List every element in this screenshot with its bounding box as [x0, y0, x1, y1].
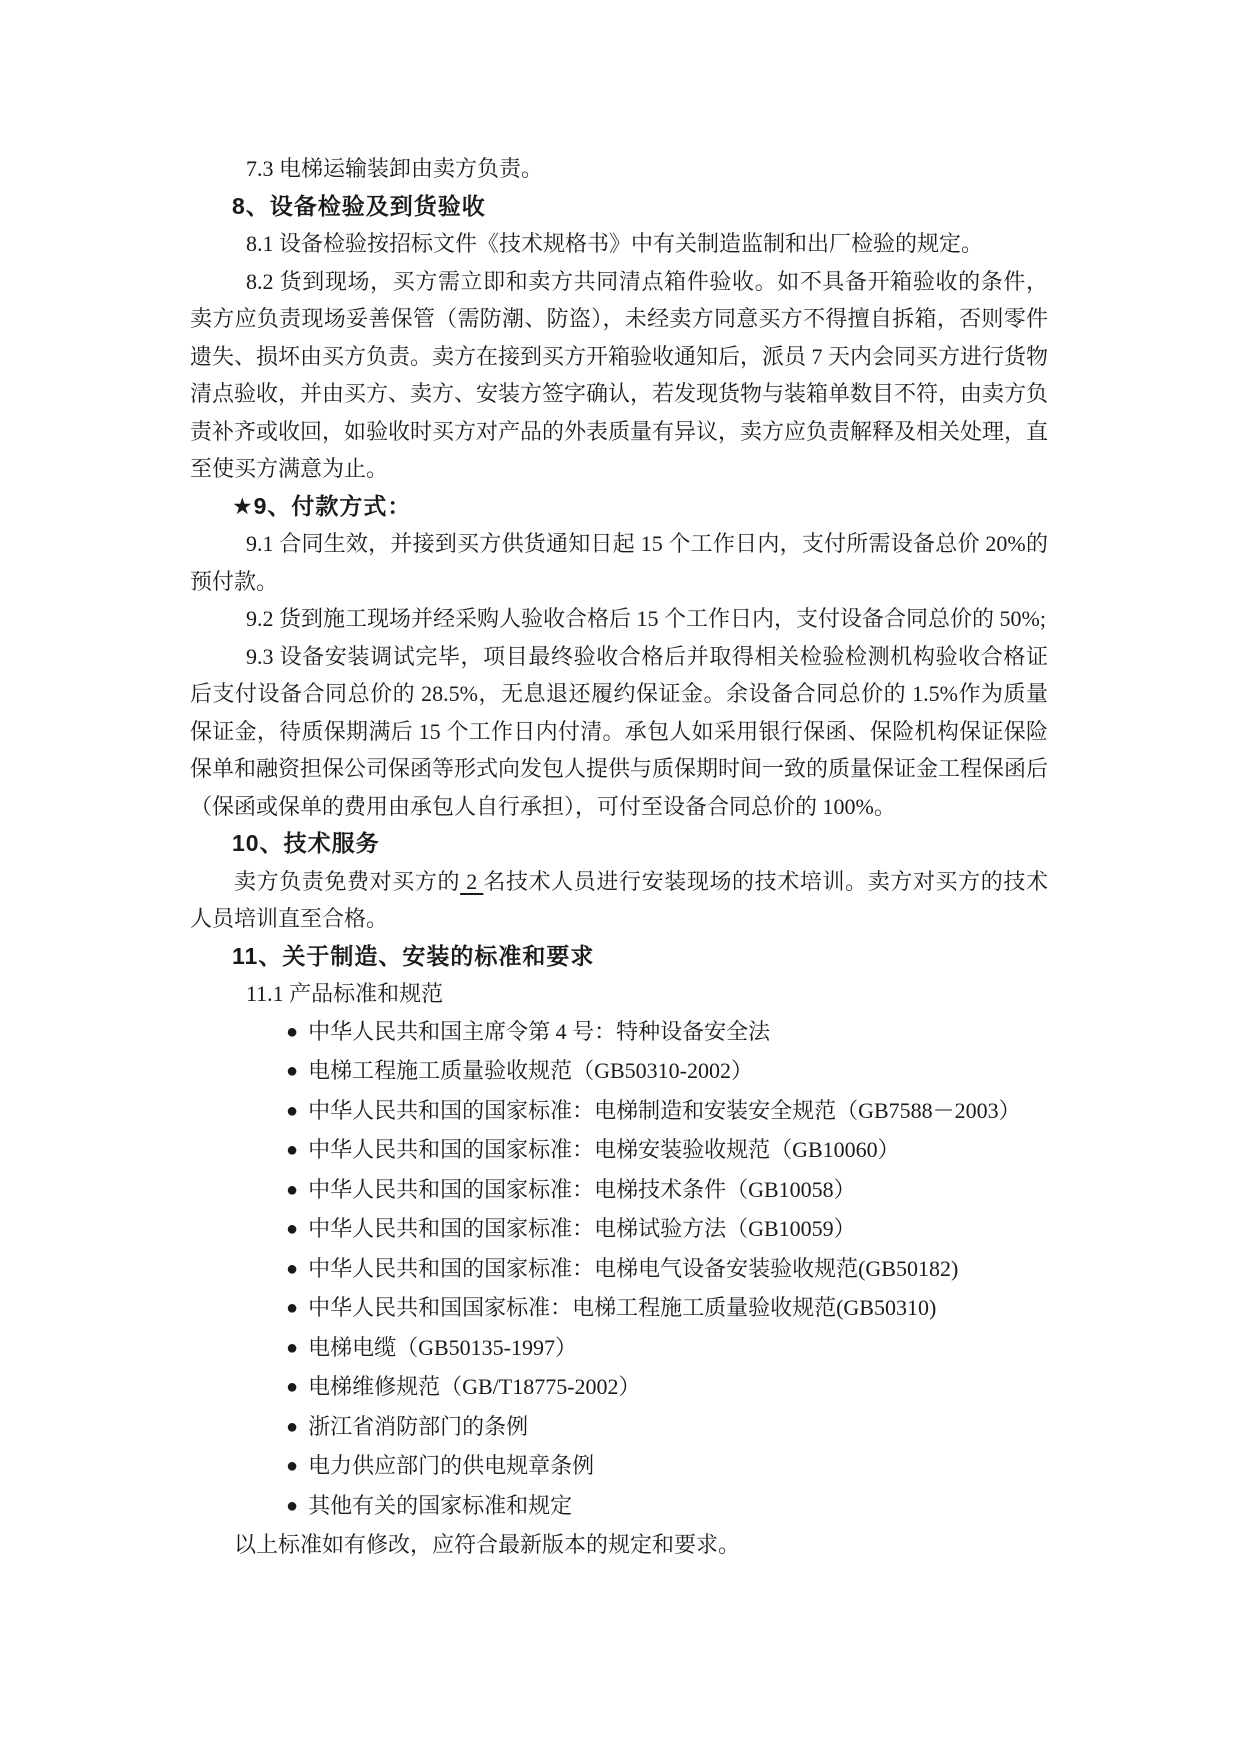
document-body: 7.3 电梯运输装卸由卖方负责。8、设备检验及到货验收8.1 设备检验按招标文件… — [190, 150, 1048, 1564]
paragraph: 8.2 货到现场，买方需立即和卖方共同清点箱件验收。如不具备开箱验收的条件，卖方… — [190, 263, 1048, 488]
document-page: 7.3 电梯运输装卸由卖方负责。8、设备检验及到货验收8.1 设备检验按招标文件… — [0, 0, 1240, 1753]
bullet-item-text: 中华人民共和国的国家标准：电梯试验方法（GB10059） — [308, 1210, 1048, 1248]
bullet-item-text: 电梯工程施工质量验收规范（GB50310-2002） — [308, 1052, 1048, 1090]
paragraph: 卖方负责免费对买方的 2 名技术人员进行安装现场的技术培训。卖方对买方的技术人员… — [190, 863, 1048, 938]
list-item: ●中华人民共和国的国家标准：电梯安装验收规范（GB10060） — [190, 1131, 1048, 1171]
list-item: ●电梯维修规范（GB/T18775-2002） — [190, 1368, 1048, 1408]
section-heading: 10、技术服务 — [190, 825, 1048, 863]
bullet-icon: ● — [286, 1014, 298, 1052]
paragraph-text: 卖方负责免费对买方的 — [234, 869, 460, 894]
bullet-icon: ● — [286, 1093, 298, 1131]
bullet-item-text: 电力供应部门的供电规章条例 — [308, 1447, 1048, 1485]
bullet-item-text: 中华人民共和国的国家标准：电梯制造和安装安全规范（GB7588－2003） — [308, 1092, 1048, 1130]
bullet-icon: ● — [286, 1053, 298, 1091]
paragraph: 9.1 合同生效，并接到买方供货通知日起 15 个工作日内，支付所需设备总价 2… — [190, 525, 1048, 600]
bullet-icon: ● — [286, 1211, 298, 1249]
paragraph: 以上标准如有修改，应符合最新版本的规定和要求。 — [190, 1526, 1048, 1564]
list-item: ●中华人民共和国的国家标准：电梯试验方法（GB10059） — [190, 1210, 1048, 1250]
list-item: ●中华人民共和国的国家标准：电梯制造和安装安全规范（GB7588－2003） — [190, 1092, 1048, 1132]
bullet-item-text: 浙江省消防部门的条例 — [308, 1408, 1048, 1446]
bullet-item-text: 中华人民共和国国家标准：电梯工程施工质量验收规范(GB50310) — [308, 1289, 1048, 1327]
bullet-item-text: 电梯电缆（GB50135-1997） — [308, 1329, 1048, 1367]
bullet-icon: ● — [286, 1290, 298, 1328]
list-item: ●电梯电缆（GB50135-1997） — [190, 1329, 1048, 1369]
list-item: ●中华人民共和国国家标准：电梯工程施工质量验收规范(GB50310) — [190, 1289, 1048, 1329]
bullet-icon: ● — [286, 1172, 298, 1210]
bullet-icon: ● — [286, 1409, 298, 1447]
list-item: ●其他有关的国家标准和规定 — [190, 1487, 1048, 1527]
list-item: ●中华人民共和国的国家标准：电梯电气设备安装验收规范(GB50182) — [190, 1250, 1048, 1290]
list-item: ●中华人民共和国主席令第 4 号：特种设备安全法 — [190, 1013, 1048, 1053]
bullet-item-text: 中华人民共和国的国家标准：电梯安装验收规范（GB10060） — [308, 1131, 1048, 1169]
bullet-icon: ● — [286, 1448, 298, 1486]
bullet-icon: ● — [286, 1488, 298, 1526]
section-heading: 8、设备检验及到货验收 — [190, 188, 1048, 226]
paragraph: 11.1 产品标准和规范 — [190, 975, 1048, 1013]
list-item: ●中华人民共和国的国家标准：电梯技术条件（GB10058） — [190, 1171, 1048, 1211]
list-item: ●浙江省消防部门的条例 — [190, 1408, 1048, 1448]
section-heading: ★9、付款方式： — [190, 488, 1048, 526]
list-item: ●电梯工程施工质量验收规范（GB50310-2002） — [190, 1052, 1048, 1092]
section-heading: 11、关于制造、安装的标准和要求 — [190, 938, 1048, 976]
bullet-item-text: 电梯维修规范（GB/T18775-2002） — [308, 1368, 1048, 1406]
underlined-value: 2 — [460, 869, 483, 894]
bullet-item-text: 其他有关的国家标准和规定 — [308, 1487, 1048, 1525]
paragraph: 8.1 设备检验按招标文件《技术规格书》中有关制造监制和出厂检验的规定。 — [190, 225, 1048, 263]
list-item: ●电力供应部门的供电规章条例 — [190, 1447, 1048, 1487]
bullet-icon: ● — [286, 1251, 298, 1289]
bullet-icon: ● — [286, 1330, 298, 1368]
paragraph: 9.2 货到施工现场并经采购人验收合格后 15 个工作日内，支付设备合同总价的 … — [190, 600, 1048, 638]
bullet-item-text: 中华人民共和国的国家标准：电梯电气设备安装验收规范(GB50182) — [308, 1250, 1048, 1288]
paragraph: 7.3 电梯运输装卸由卖方负责。 — [190, 150, 1048, 188]
bullet-icon: ● — [286, 1132, 298, 1170]
bullet-item-text: 中华人民共和国的国家标准：电梯技术条件（GB10058） — [308, 1171, 1048, 1209]
bullet-item-text: 中华人民共和国主席令第 4 号：特种设备安全法 — [308, 1013, 1048, 1051]
bullet-icon: ● — [286, 1369, 298, 1407]
paragraph: 9.3 设备安装调试完毕，项目最终验收合格后并取得相关检验检测机构验收合格证后支… — [190, 638, 1048, 826]
